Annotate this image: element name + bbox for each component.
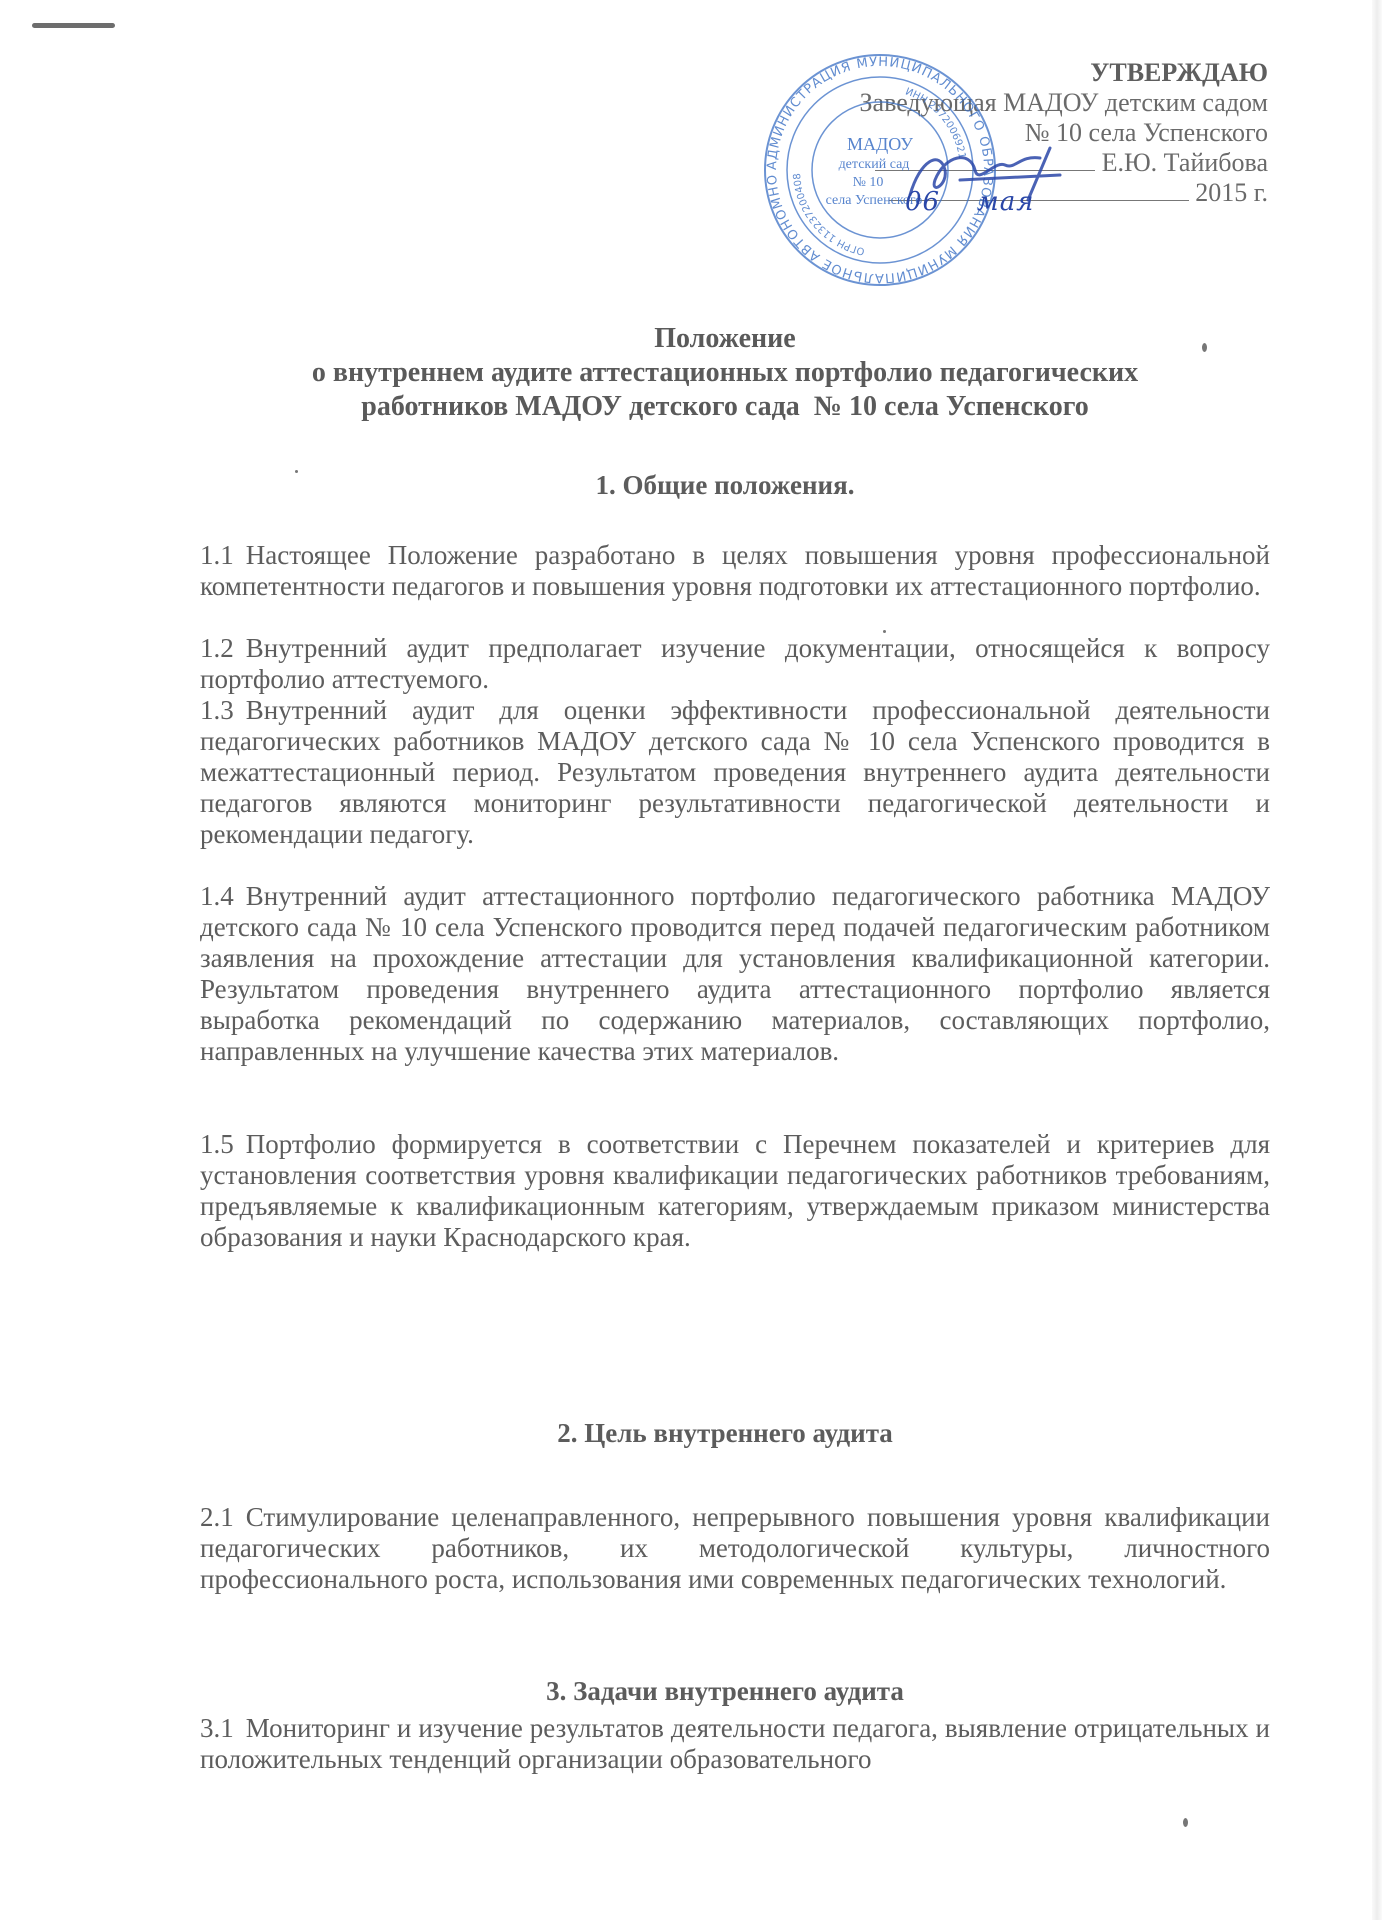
paragraph-number: 3.1 <box>200 1713 234 1743</box>
paragraph-text: Стимулирование целенаправленного, непрер… <box>200 1502 1270 1594</box>
section-heading-1: 1. Общие положения. <box>180 470 1270 501</box>
stamp-center-3: № 10 <box>853 175 884 190</box>
paragraph-text: Внутренний аудит предполагает изучение д… <box>200 633 1270 694</box>
paragraph-1-3: 1.3Внутренний аудит для оценки эффективн… <box>200 695 1270 850</box>
section-heading-2: 2. Цель внутреннего аудита <box>180 1418 1270 1449</box>
paragraph-number: 2.1 <box>200 1502 234 1532</box>
paragraph-2-1: 2.1Стимулирование целенаправленного, неп… <box>200 1502 1270 1595</box>
paragraph-number: 1.3 <box>200 695 234 725</box>
scan-edge-shadow <box>1372 0 1382 1920</box>
paragraph-number: 1.4 <box>200 881 234 911</box>
approval-date-year: 2015 г. <box>1195 178 1268 207</box>
paragraph-text: Внутренний аудит аттестационного портфол… <box>200 881 1270 1066</box>
scan-speck <box>295 470 298 473</box>
title-line-1: Положение <box>180 322 1270 356</box>
paragraph-number: 1.1 <box>200 540 234 570</box>
scan-corner-mark <box>32 23 115 28</box>
title-line-2: о внутреннем аудите аттестационных портф… <box>180 356 1270 390</box>
stamp-center-2: детский сад <box>839 157 910 172</box>
date-day: 06 <box>905 187 940 217</box>
paragraph-text: Мониторинг и изучение результатов деятел… <box>200 1713 1270 1774</box>
date-month: мая <box>977 187 1034 217</box>
scan-speck <box>883 630 886 633</box>
title-line-3: работников МАДОУ детского сада № 10 села… <box>180 390 1270 424</box>
paragraph-text: Портфолио формируется в соответствии с П… <box>200 1129 1270 1252</box>
paragraph-1-1: 1.1Настоящее Положение разработано в цел… <box>200 540 1270 602</box>
paragraph-1-4: 1.4Внутренний аудит аттестационного порт… <box>200 881 1270 1067</box>
paragraph-number: 1.2 <box>200 633 234 663</box>
document-title: Положение о внутреннем аудите аттестацио… <box>180 322 1270 424</box>
paragraph-1-2: 1.2Внутренний аудит предполагает изучени… <box>200 633 1270 695</box>
paragraph-number: 1.5 <box>200 1129 234 1159</box>
approval-signer: Е.Ю. Тайибова <box>1102 148 1268 177</box>
paragraph-text: Настоящее Положение разработано в целях … <box>200 540 1270 601</box>
paragraph-3-1: 3.1Мониторинг и изучение результатов дея… <box>200 1713 1270 1775</box>
handwritten-date: 06 мая <box>905 187 1034 217</box>
paragraph-1-5: 1.5Портфолио формируется в соответствии … <box>200 1129 1270 1253</box>
paragraph-text: Внутренний аудит для оценки эффективност… <box>200 695 1270 849</box>
section-heading-3: 3. Задачи внутреннего аудита <box>180 1676 1270 1707</box>
scan-speck <box>1183 1818 1188 1827</box>
scan-speck <box>1202 343 1207 352</box>
